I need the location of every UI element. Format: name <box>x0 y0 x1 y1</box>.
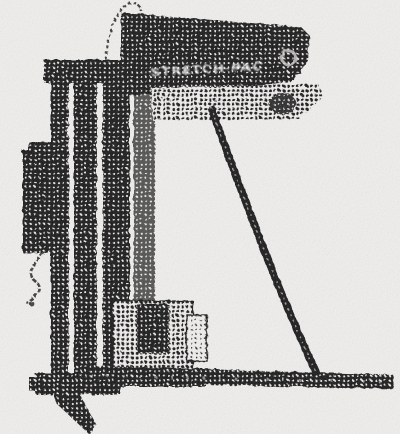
underboom-motor <box>269 92 295 114</box>
underboom-band <box>150 83 322 120</box>
carriage-side-unit <box>186 314 206 360</box>
halftone-photo-stretch-wrapper: STRETCH-PAC <box>0 0 400 434</box>
control-cable-end <box>29 301 34 306</box>
control-box-body <box>22 150 66 252</box>
mast-upright-mid <box>73 63 96 379</box>
underboom-assembly <box>150 83 322 120</box>
mast-upright-rear <box>133 88 154 306</box>
carriage-roll <box>136 303 168 352</box>
machine-photo-svg: STRETCH-PAC <box>0 0 400 434</box>
